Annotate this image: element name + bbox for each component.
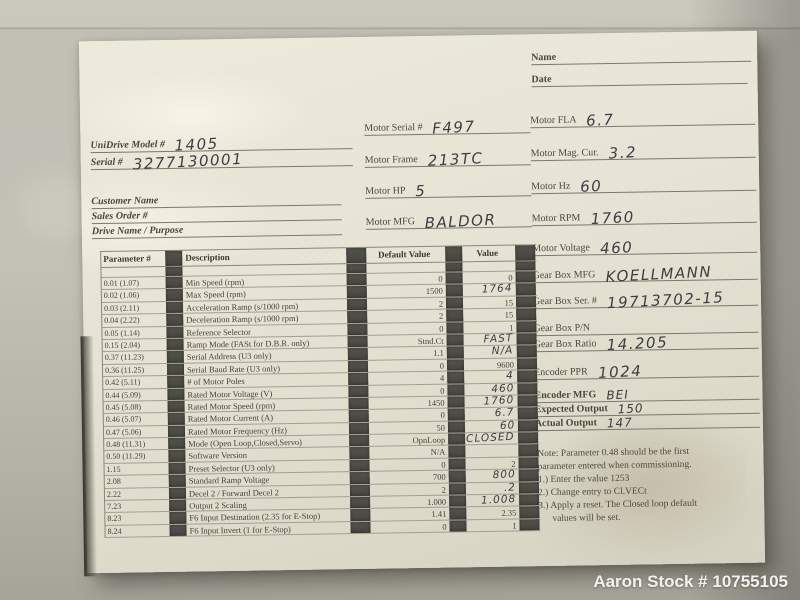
motor-field-label: Motor Frame	[365, 154, 418, 167]
right-field-label: Motor RPM	[532, 213, 581, 226]
cell-parameter: 0.03 (2.11)	[102, 302, 166, 314]
right-field-label: Gear Box Ser. #	[533, 295, 597, 308]
cell-value: 1764	[463, 284, 516, 296]
column-divider	[518, 420, 538, 432]
motor-field-value: F497	[432, 120, 476, 135]
column-divider	[346, 248, 366, 263]
column-divider	[166, 326, 183, 338]
column-divider	[449, 508, 466, 520]
header-value: Value	[462, 246, 515, 262]
cell-default: 2	[367, 297, 446, 310]
cell-parameter: 0.01 (1.07)	[102, 277, 166, 289]
handwritten-value: 1764	[482, 283, 513, 296]
column-divider	[168, 450, 185, 462]
right-field-label: Motor Mag. Cur.	[531, 147, 599, 160]
column-divider	[519, 482, 539, 494]
column-divider	[347, 299, 367, 311]
cell-parameter: 0.05 (1.14)	[102, 327, 166, 339]
column-divider	[449, 495, 466, 507]
motor-gearbox-block: Motor FLA6.7Motor Mag. Cur.3.2Motor Hz60…	[530, 109, 755, 113]
handwritten-value: N/A	[492, 346, 514, 358]
column-divider	[349, 423, 369, 435]
cell-parameter: 8.24	[105, 525, 169, 537]
column-divider	[449, 483, 466, 495]
right-field-label: Expected Output	[535, 403, 608, 416]
cell-value: 15	[463, 309, 516, 321]
column-divider	[350, 522, 370, 534]
column-divider	[447, 359, 464, 371]
column-divider	[168, 401, 185, 413]
column-divider	[348, 385, 368, 397]
column-divider	[517, 370, 537, 382]
cell-default: 700	[370, 471, 449, 484]
unit-info-block: UniDrive Model # 1405 Serial # 327713000…	[90, 133, 354, 137]
cell-default: OpnLoop	[369, 434, 448, 447]
handwritten-value: 4	[506, 371, 514, 382]
cell-parameter: 0.42 (5.11)	[103, 376, 167, 388]
header-parameter: Parameter #	[101, 251, 165, 267]
column-divider	[168, 463, 185, 475]
column-divider	[166, 289, 183, 301]
right-field-value: 460	[600, 241, 634, 256]
column-divider	[447, 347, 464, 359]
column-divider	[446, 285, 463, 297]
handwritten-value: CLOSED	[466, 432, 515, 445]
serial-number-value: 3277130001	[132, 153, 243, 172]
handwritten-value: 460	[491, 383, 515, 395]
column-divider	[167, 388, 184, 400]
right-field-label: Motor Voltage	[532, 242, 590, 255]
cell-value: 1.008	[466, 495, 519, 507]
column-divider	[350, 484, 370, 496]
column-divider	[449, 520, 466, 532]
column-divider	[169, 500, 186, 512]
column-divider	[518, 407, 538, 419]
motor-field-2: Motor HP5	[365, 179, 531, 199]
typed-value: 2.35	[501, 508, 516, 518]
handwritten-value: 1.008	[481, 494, 517, 507]
cell-value: 2.35	[466, 507, 519, 519]
column-divider	[347, 286, 367, 298]
cell-parameter: 0.48 (11.31)	[104, 438, 168, 450]
cell-default: N/A	[369, 446, 448, 459]
motor-field-value: 5	[415, 185, 427, 199]
motor-field-label: Motor Serial #	[364, 122, 423, 135]
column-divider	[449, 471, 466, 483]
cell-value: N/A	[464, 346, 517, 358]
column-divider	[516, 308, 536, 320]
unidrive-model-value: 1405	[175, 137, 220, 152]
cell-value: 15	[463, 296, 516, 308]
column-divider	[167, 339, 184, 351]
column-divider	[165, 251, 182, 266]
motor-field-value: 213TC	[428, 152, 484, 168]
column-divider	[348, 398, 368, 410]
cell-parameter: 0.02 (1.06)	[102, 289, 166, 301]
motor-field-value: BALDOR	[425, 214, 497, 231]
motor-field-0: Motor Serial #F497	[364, 116, 530, 136]
photo-background: Name Date UniDrive Model # 1405 Serial #…	[0, 0, 800, 600]
column-divider	[350, 472, 370, 484]
typed-value: 2	[511, 458, 515, 468]
cell-default: 2	[370, 483, 449, 496]
column-divider	[448, 458, 465, 470]
cell-value: 4	[464, 371, 517, 383]
column-divider	[168, 413, 185, 425]
cell-parameter: 1.15	[105, 463, 169, 475]
right-field-label: Gear Box P/N	[533, 322, 590, 335]
cell-value: 6.7	[465, 408, 518, 420]
cell-parameter: 8.23	[105, 512, 169, 524]
column-divider	[167, 376, 184, 388]
column-divider	[349, 460, 369, 472]
column-divider	[516, 284, 536, 296]
cell-parameter: 2.22	[105, 488, 169, 500]
column-divider	[168, 425, 185, 437]
typed-value: 15	[504, 297, 513, 307]
column-divider	[517, 358, 537, 370]
column-divider	[349, 435, 369, 447]
cell-value: 800	[466, 470, 519, 482]
column-divider	[349, 410, 369, 422]
right-field-4: Motor Voltage460	[532, 237, 757, 257]
column-divider	[516, 271, 536, 283]
cell-parameter: 0.45 (5.08)	[104, 401, 168, 413]
column-divider	[350, 497, 370, 509]
column-divider	[517, 383, 537, 395]
cell-default: 0	[367, 273, 446, 286]
column-divider	[447, 384, 464, 396]
motor-field-3: Motor MFGBALDOR	[366, 210, 532, 230]
right-field-value: 6.7	[586, 113, 615, 127]
handwritten-value: 6.7	[495, 408, 515, 420]
column-divider	[519, 494, 539, 506]
right-field-5: Gear Box MFGKOELLMANN	[532, 264, 757, 284]
column-divider	[350, 509, 370, 521]
column-divider	[518, 445, 538, 457]
column-divider	[517, 346, 537, 358]
right-field-7: Gear Box Ser. #19713702-15	[533, 290, 758, 310]
cell-parameter: 0.47 (5.06)	[104, 426, 168, 438]
right-field-value: 1760	[590, 211, 635, 226]
column-divider	[448, 421, 465, 433]
cell-value: 1	[466, 519, 519, 531]
motor-info-block: Motor Serial #F497Motor Frame213TCMotor …	[364, 116, 530, 119]
right-field-label: Gear Box MFG	[533, 269, 596, 282]
customer-name-label: Customer Name	[91, 195, 158, 208]
cell-value: CLOSED	[465, 433, 518, 445]
right-field-value: 1024	[597, 365, 642, 380]
column-divider	[447, 396, 464, 408]
right-field-value: 147	[607, 416, 634, 430]
column-divider	[517, 333, 537, 345]
column-divider	[447, 371, 464, 383]
right-field-label: Gear Box Ratio	[534, 338, 597, 351]
cell-parameter: 0.37 (11.23)	[103, 351, 167, 363]
paper-edge-shadow	[80, 336, 97, 576]
column-divider	[348, 348, 368, 360]
cell-parameter: 0.46 (5.07)	[104, 413, 168, 425]
column-divider	[166, 302, 183, 314]
commissioning-note: Note: Parameter 0.48 should be the first…	[537, 445, 763, 527]
parameter-table-rows: 0.01 (1.07)Min Speed (rpm)000.02 (1.06)M…	[102, 271, 541, 538]
cell-default: 0	[367, 322, 446, 335]
serial-number-label: Serial #	[91, 157, 123, 170]
column-divider	[447, 334, 464, 346]
cell-default: 1500	[367, 285, 446, 298]
column-divider	[519, 519, 539, 531]
right-field-value: 19713702-15	[607, 291, 725, 310]
name-date-block: Name Date	[531, 45, 751, 48]
watermark-text: Aaron Stock # 10755105	[593, 572, 788, 592]
column-divider	[167, 351, 184, 363]
cell-parameter: 0.44 (5.09)	[103, 389, 167, 401]
right-field-value: 3.2	[608, 146, 637, 160]
column-divider	[448, 446, 465, 458]
name-field: Name	[531, 45, 751, 65]
cell-value	[465, 445, 518, 457]
right-field-3: Motor RPM1760	[532, 207, 757, 227]
header-default-value: Default Value	[366, 247, 445, 263]
cell-default: 1450	[368, 397, 447, 410]
column-divider	[169, 512, 186, 524]
column-divider	[347, 274, 367, 286]
cell-parameter: 0.50 (11.29)	[104, 450, 168, 462]
sales-order-label: Sales Order #	[92, 210, 148, 223]
cell-default: 0	[369, 458, 448, 471]
column-divider	[518, 457, 538, 469]
cell-description: F6 Input Invert (1 for E-Stop)	[186, 522, 350, 536]
right-field-label: Encoder PPR	[534, 366, 588, 379]
column-divider	[446, 322, 463, 334]
cell-default: 0	[368, 359, 447, 372]
parameter-table: Parameter # Description Default Value Va…	[100, 244, 540, 538]
column-divider	[167, 363, 184, 375]
right-field-1: Motor Mag. Cur.3.2	[531, 142, 756, 162]
header-description: Description	[182, 248, 346, 266]
column-divider	[446, 297, 463, 309]
cell-default: 0	[368, 384, 447, 397]
cell-default: 0	[369, 409, 448, 422]
column-divider	[169, 487, 186, 499]
column-divider	[518, 432, 538, 444]
column-divider	[446, 272, 463, 284]
column-divider	[515, 245, 535, 260]
cell-parameter: 0.15 (2.04)	[103, 339, 167, 351]
column-divider	[446, 310, 463, 322]
right-field-value: 150	[617, 402, 644, 416]
right-field-2: Motor Hz60	[531, 175, 756, 195]
right-field-label: Actual Output	[535, 417, 597, 430]
serial-number-field: Serial # 3277130001	[91, 150, 353, 170]
motor-field-label: Motor MFG	[366, 216, 415, 229]
right-field-value: BEI	[606, 388, 629, 402]
column-divider	[166, 314, 183, 326]
cell-default: 1.000	[370, 496, 449, 509]
cell-parameter: 2.08	[105, 475, 169, 487]
motor-field-1: Motor Frame213TC	[365, 148, 531, 168]
right-field-8: Gear Box Ratio14.205	[534, 333, 759, 353]
right-field-value: 60	[580, 180, 603, 194]
cell-parameter: 0.04 (2.22)	[102, 314, 166, 326]
right-field-label: Motor FLA	[530, 115, 577, 128]
cell-parameter: 0.36 (11.25)	[103, 364, 167, 376]
right-field-label: Motor Hz	[531, 181, 570, 194]
drive-name-field: Drive Name / Purpose	[92, 219, 342, 239]
column-divider	[348, 336, 368, 348]
drive-name-label: Drive Name / Purpose	[92, 225, 184, 238]
column-divider	[349, 447, 369, 459]
name-label: Name	[531, 52, 556, 64]
column-divider	[519, 507, 539, 519]
handwritten-value: .2	[504, 482, 517, 494]
column-divider	[169, 525, 186, 537]
right-field-0: Motor FLA6.7	[530, 109, 755, 129]
right-field-label: Encoder MFG	[534, 389, 596, 402]
cell-default: 1.41	[370, 508, 449, 521]
column-divider	[348, 361, 368, 373]
column-divider	[516, 296, 536, 308]
cell-default: 1.1	[368, 347, 447, 360]
column-divider	[169, 475, 186, 487]
column-divider	[347, 311, 367, 323]
unidrive-model-label: UniDrive Model #	[90, 139, 165, 152]
typed-value: 1	[509, 322, 513, 332]
cell-default: Stnd.Ct	[368, 335, 447, 348]
column-divider	[519, 469, 539, 481]
column-divider	[516, 321, 536, 333]
column-divider	[347, 323, 367, 335]
column-divider	[168, 438, 185, 450]
column-divider	[348, 373, 368, 385]
date-label: Date	[531, 74, 551, 86]
handwritten-value: 800	[492, 469, 516, 481]
typed-value: 9600	[497, 359, 514, 369]
cell-default: 50	[369, 421, 448, 434]
right-field-value: 14.205	[606, 336, 668, 352]
date-field: Date	[531, 67, 747, 87]
cell-default: 4	[368, 372, 447, 385]
motor-field-label: Motor HP	[365, 185, 405, 198]
column-divider	[448, 409, 465, 421]
typed-value: 1	[512, 520, 516, 530]
cell-parameter: 7.23	[105, 500, 169, 512]
column-divider	[445, 246, 462, 261]
cell-default: 2	[367, 310, 446, 323]
column-divider	[166, 277, 183, 289]
column-divider	[517, 395, 537, 407]
form-paper: Name Date UniDrive Model # 1405 Serial #…	[79, 31, 765, 574]
right-field-value: KOELLMANN	[605, 266, 712, 284]
column-divider	[448, 433, 465, 445]
right-field-9: Encoder PPR1024	[534, 361, 759, 381]
typed-value: 15	[505, 310, 514, 320]
cell-default: 0	[370, 520, 449, 533]
